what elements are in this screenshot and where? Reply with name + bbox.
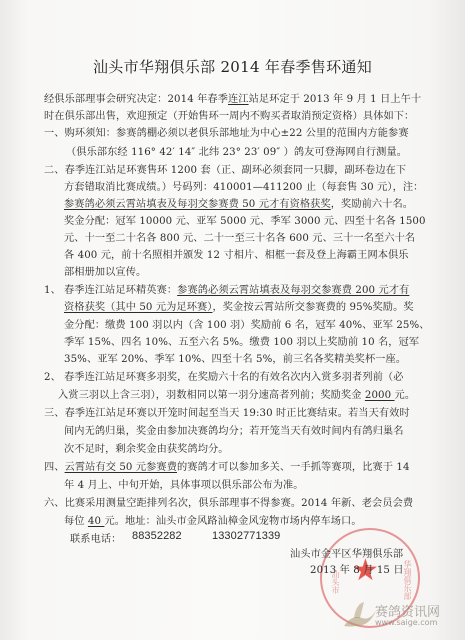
elite-fee-requirement: 参赛鸽必须云霄站填表及每羽交参赛费 200 元才有 xyxy=(177,285,409,296)
item-2-text: 元。 xyxy=(395,390,416,401)
item-2-line-2: 入赏三羽以上含三羽），羽数相同以第一羽分速高者列前；奖励奖金 2000 元。 xyxy=(58,386,415,401)
elite-fee-requirement-cont: 资格获奖（其中 50 元为足环赛） xyxy=(64,302,212,313)
item-1-line-5: 35%、亚军 20%、季军 10%、四至十名 5%，前三名各奖精美奖杯一座。 xyxy=(64,350,406,365)
section-2-text: ，奖励前六十名。 xyxy=(331,199,413,210)
intro-line-2: 时在俱乐部出售，欢迎预定（开始售环一周内不购买者取消预定资格）具体如下： xyxy=(44,107,414,122)
contact-label: 联系电话： xyxy=(70,530,121,545)
document-title: 汕头市华翔俱乐部 2014 年春季售环通知 xyxy=(0,56,465,77)
section-4-line-2: 年 4 月上、中旬开始，具体事项以俱乐部公布为准。 xyxy=(64,476,304,491)
section-6-text: 元。地址：汕头市金风路汕樟金风宠物市场内停车场口。 xyxy=(104,516,361,527)
section-4-text: 的赛鸽才可以参加多关、一手抓等赛项，比赛于 14 xyxy=(177,462,410,473)
multi-bird-prize: 2000 xyxy=(365,390,395,401)
section-4-line-1: 四、云霄站有交 50 元参赛费的赛鸽才可以参加多关、一手抓等赛项，比赛于 14 xyxy=(44,458,410,473)
item-1-line-1: 春季连江站足环精英赛：参赛鸽必须云霄站填表及每羽交参赛费 200 元才有 xyxy=(64,281,409,296)
signature-date: 2013 年 8 月 15 日 xyxy=(310,561,404,576)
intro-line-1: 经俱乐部理事会研究决定：2014 年春季连江站足环定于 2013 年 9 月 1… xyxy=(44,90,421,105)
item-2-number: 2、 xyxy=(44,368,61,383)
section-2-line-6: 各 400 元，前十名照相并颁发 12 寸相片、相框一套及登上海霸王网本俱乐 xyxy=(64,246,409,261)
item-1-line-4: 季军 15%、四名 10%、五至六名 5%。缴费 100 羽以上奖励前 10 名… xyxy=(64,333,419,348)
item-1-number: 1、 xyxy=(44,281,61,296)
section-6-line-2: 每位 40 元。地址：汕头市金风路汕樟金风宠物市场内停车场口。 xyxy=(64,512,362,527)
intro-text: 经俱乐部理事会研究决定：2014 年春季 xyxy=(44,94,228,105)
item-2-text: 入赏三羽以上含三羽），羽数相同以第一羽分速高者列前；奖励奖金 xyxy=(58,390,365,401)
section-3-line-2: 间内无鸽归巢，奖金由参加决赛鸽均分；若开笼当天有效时间内有鸽归巢名 xyxy=(64,422,403,437)
section-3-line-3: 次不足时，剩余奖金由获奖鸽均分。 xyxy=(64,440,229,455)
signature-org: 汕头市金平区华翔俱乐部 xyxy=(290,545,403,560)
item-2-line-1: 春季连江站足环赛多羽奖，在奖励六十名的有效名次内入赏多羽者列前（必 xyxy=(64,368,403,383)
item-1-text: ，奖金按云霄站所交参赛费的 95%奖励。奖 xyxy=(212,302,413,313)
section-2-line-1: 二、春季连江站足环赛售环 1200 套（正、副环必须套同一只脚，副环卷边在下 xyxy=(44,161,406,176)
section-2-line-5: 元、十一至二十名各 800 元、二十一至三十名各 600 元、三十一名至六十名 xyxy=(64,229,415,244)
document-page: 汕头市华翔俱乐部 2014 年春季售环通知 经俱乐部理事会研究决定：2014 年… xyxy=(0,0,465,640)
section-3-line-1: 三、春季连江站足环赛以开笼时间起至当天 19:30 时正比赛结束。若当天有效时 xyxy=(44,404,410,419)
contact-phone-2: 13302771339 xyxy=(212,530,280,542)
section-1-line-1: 一、购环须知：参赛鸽棚必须以老俱乐部地址为中心±22 公里的范围内方能参赛 xyxy=(44,124,409,139)
intro-text: 站足环定于 2013 年 9 月 1 日上午十 xyxy=(249,94,422,105)
watermark-url: www.saige.com xyxy=(375,618,437,627)
section-6-text: 每位 xyxy=(64,516,88,527)
section-1-line-2: （俱乐部东经 116° 42′ 14″ 北纬 23° 23′ 09″ ）鸽友可登… xyxy=(66,143,407,158)
section-4-number: 四、 xyxy=(44,462,65,473)
item-1-line-3: 金分配：缴费 100 羽以内（含 100 羽）奖励前 6 名，冠军 40%、亚军… xyxy=(64,316,430,331)
membership-fee: 40 xyxy=(88,516,105,527)
entry-fee-requirement: 参赛鸽必须云霄站填表及每羽交参赛费 50 元才有资格获奖 xyxy=(64,199,331,210)
contact-phone-1: 88352282 xyxy=(132,530,182,542)
section-6-line-1: 六、比赛采用测量空距排列名次，俱乐部理事不得参赛。2014 年新、老会员会费 xyxy=(44,494,413,509)
intro-station: 连江 xyxy=(228,94,249,105)
item-1-line-2: 资格获奖（其中 50 元为足环赛），奖金按云霄站所交参赛费的 95%奖励。奖 xyxy=(64,298,414,313)
section-2-line-3: 参赛鸽必须云霄站填表及每羽交参赛费 50 元才有资格获奖，奖励前六十名。 xyxy=(64,195,413,210)
section-4-fee: 云霄站有交 50 元参赛费 xyxy=(65,462,177,473)
section-2-line-7: 部相册加以宣传。 xyxy=(64,263,146,278)
section-2-line-2: 方套错取消比赛成绩。）号码列：410001—411200 止（每套售 30 元）… xyxy=(64,178,423,193)
watermark-logo-icon xyxy=(340,596,380,632)
item-1-text: 春季连江站足环精英赛： xyxy=(64,285,177,296)
section-2-line-4: 奖金分配：冠军 10000 元、亚军 5000 元、季军 3000 元、四至十名… xyxy=(64,212,426,227)
